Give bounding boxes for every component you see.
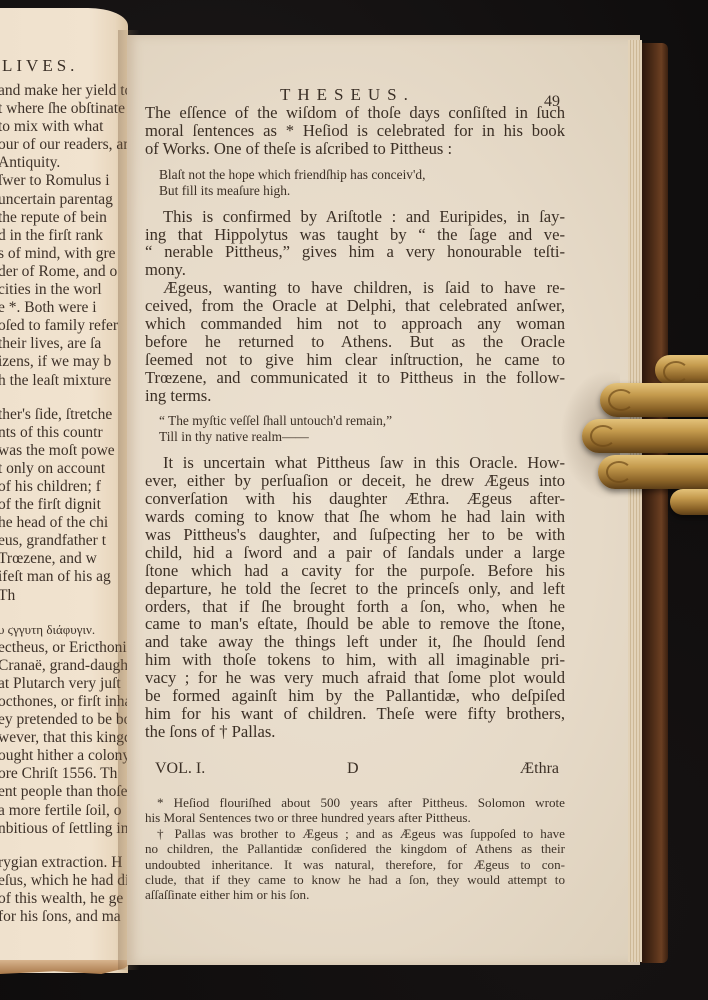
right-page-body: The eſſence of the wiſdom of thoſe days …: [145, 104, 565, 741]
text-line: “ nerable Pittheus,” gives him a very ho…: [145, 243, 565, 261]
brass-finger-icon: [655, 355, 708, 385]
footnote-line: clude, that if they came to know he had …: [145, 872, 565, 887]
left-text-line: octhones, or firſt inhab: [0, 693, 128, 711]
paragraph-1: The eſſence of the wiſdom of thoſe days …: [145, 104, 565, 158]
verse-line: “ The myſtic veſſel ſhall untouch'd rema…: [145, 413, 565, 429]
text-line: which commanded him not to approach any …: [145, 315, 565, 333]
text-line: wards coming to know that ſhe whom he ha…: [145, 508, 565, 526]
left-text-line: e *. Both were i: [0, 299, 128, 317]
left-text-line: he head of the chi: [0, 514, 128, 532]
text-line: ever, either by perſuaſion or deceit, he…: [145, 472, 565, 490]
catchword: Æthra: [520, 760, 559, 778]
left-text-line: of the firſt dignit: [0, 496, 128, 514]
verse-quote-1: Blaſt not the hope which friendſhip has …: [145, 167, 565, 199]
left-text-line: of his children; f: [0, 478, 128, 496]
footnote-line: † Pallas was brother to Ægeus ; and as Æ…: [145, 826, 565, 841]
left-text-line: h the leaſt mixture: [0, 372, 128, 390]
brass-hand-page-holder: [570, 355, 708, 515]
left-text-line: [0, 390, 128, 406]
left-text-line: for his ſons, and ma: [0, 908, 128, 926]
signature-mark: D: [347, 760, 359, 778]
left-text-line: eſus, which he had dig: [0, 872, 128, 890]
brass-finger-icon: [670, 489, 708, 515]
volume-label: VOL. I.: [155, 760, 205, 778]
left-text-line: ore Chriſt 1556. Th: [0, 765, 128, 783]
left-text-line: t where ſhe obſtinate: [0, 100, 128, 118]
text-line: ing that Hippolytus was taught by “ the …: [145, 226, 565, 244]
left-text-line: ey pretended to be bor: [0, 711, 128, 729]
text-line: ceived, from the Oracle at Delphi, that …: [145, 297, 565, 315]
text-line: be formed againſt him by the Pallantidæ,…: [145, 687, 565, 705]
text-line: mony.: [145, 261, 565, 279]
text-line: him for his want of children. Theſe were…: [145, 705, 565, 723]
left-text-line: Cranaë, grand-daughte: [0, 657, 128, 675]
left-text-line: t only on account: [0, 460, 128, 478]
left-text-line: [0, 838, 128, 854]
left-text-line: of this wealth, he ge: [0, 890, 128, 908]
text-line: Ægeus, wanting to have children, is ſaid…: [145, 279, 565, 297]
signature-line: VOL. I. D Æthra: [155, 760, 559, 780]
footnote-line: no children, the Pallantidæ conſidered t…: [145, 841, 565, 856]
footnote-line: aſſaſſinate either him or his ſon.: [145, 887, 565, 902]
text-line: the ſons of † Pallas.: [145, 723, 565, 741]
left-text-line: the repute of bein: [0, 209, 128, 227]
left-page-text: and make her yield tot where ſhe obſtina…: [0, 82, 128, 926]
footnotes: * Heſiod flouriſhed about 500 years afte…: [145, 795, 565, 903]
text-line: Trœzene, and communicated it to Pittheus…: [145, 369, 565, 387]
paragraph-3: Ægeus, wanting to have children, is ſaid…: [145, 279, 565, 404]
text-line: of Works. One of theſe is aſcribed to Pi…: [145, 140, 565, 158]
left-text-line: ſwer to Romulus i: [0, 172, 128, 190]
left-text-line: their lives, are ſa: [0, 335, 128, 353]
text-line: The eſſence of the wiſdom of thoſe days …: [145, 104, 565, 122]
text-line: child, hid a ſword and a pair of ſandals…: [145, 544, 565, 562]
left-text-line: ther's ſide, ſtretche: [0, 406, 128, 424]
left-text-line: oſed to family refer: [0, 317, 128, 335]
right-running-head: THESEUS.: [280, 85, 415, 105]
left-text-line: at Plutarch very juſt: [0, 675, 128, 693]
left-text-line: uncertain parentag: [0, 191, 128, 209]
left-text-line: was the moſt powe: [0, 442, 128, 460]
left-text-line: Antiquity.: [0, 154, 128, 172]
left-text-line: izens, if we may b: [0, 353, 128, 371]
brass-finger-icon: [598, 455, 708, 489]
brass-finger-icon: [582, 419, 708, 453]
left-page: LIVES. and make her yield tot where ſhe …: [0, 8, 128, 973]
left-text-line: our of our readers, an: [0, 136, 128, 154]
text-line: before he returned to Athens. But as the…: [145, 333, 565, 351]
text-line: and take away the things left under it, …: [145, 633, 565, 651]
text-line: ing terms.: [145, 387, 565, 405]
verse-line: Blaſt not the hope which friendſhip has …: [145, 167, 565, 183]
left-text-line: cities in the worl: [0, 281, 128, 299]
left-text-line: nbitious of ſettling in a: [0, 820, 128, 838]
text-line: orders, that if ſhe brought forth a ſon,…: [145, 598, 565, 616]
left-text-line: υ ϛγγυτη διάφυγιν.: [0, 621, 128, 639]
text-line: him with thoſe tokens to him, with all i…: [145, 651, 565, 669]
left-text-line: Th: [0, 587, 128, 605]
text-line: vacy ; for he was very much afraid that …: [145, 669, 565, 687]
left-text-line: ifeſt man of his ag: [0, 568, 128, 586]
text-line: came to man's eſtate, ſhould be able to …: [145, 615, 565, 633]
left-text-line: and make her yield to: [0, 82, 128, 100]
text-line: departure, he told the ſecret to the pri…: [145, 580, 565, 598]
left-text-line: to mix with what: [0, 118, 128, 136]
left-text-line: s of mind, with gre: [0, 245, 128, 263]
left-text-line: Trœzene, and w: [0, 550, 128, 568]
left-text-line: a more fertile ſoil, o: [0, 802, 128, 820]
text-line: ſeemed not to give him clear inſtruction…: [145, 351, 565, 369]
left-text-line: rygian extraction. H: [0, 854, 128, 872]
footnote-line: undoubted inheritance. It was natural, t…: [145, 857, 565, 872]
left-text-line: der of Rome, and o: [0, 263, 128, 281]
footnote-line: his Moral Sentences two or three hundred…: [145, 810, 565, 825]
left-text-line: ectheus, or Ericthoni: [0, 639, 128, 657]
left-text-line: [0, 605, 128, 621]
left-text-line: ent people than thoſe o: [0, 783, 128, 801]
text-line: converſation with his daughter Æthra. Æg…: [145, 490, 565, 508]
text-line: It is uncertain what Pittheus ſaw in thi…: [145, 454, 565, 472]
text-line: was Pittheus's daughter, and ſuſpecting …: [145, 526, 565, 544]
paragraph-4: It is uncertain what Pittheus ſaw in thi…: [145, 454, 565, 740]
text-line: moral ſentences as * Heſiod is celebrate…: [145, 122, 565, 140]
left-running-head: LIVES.: [2, 56, 78, 76]
footnote-line: * Heſiod flouriſhed about 500 years afte…: [145, 795, 565, 810]
left-text-line: ought hither a colony o: [0, 747, 128, 765]
left-text-line: d in the firſt rank: [0, 227, 128, 245]
paragraph-2: This is confirmed by Ariſtotle : and Eur…: [145, 208, 565, 280]
brass-finger-icon: [600, 383, 708, 417]
text-line: This is confirmed by Ariſtotle : and Eur…: [145, 208, 565, 226]
left-text-line: eus, grandfather t: [0, 532, 128, 550]
verse-quote-2: “ The myſtic veſſel ſhall untouch'd rema…: [145, 413, 565, 445]
verse-line: Till in thy native realm——: [145, 429, 565, 445]
text-line: ſtone which had a cavity for the purpoſe…: [145, 562, 565, 580]
verse-line: But fill its meaſure high.: [145, 183, 565, 199]
left-text-line: nts of this countr: [0, 424, 128, 442]
left-text-line: wever, that this kingdo: [0, 729, 128, 747]
